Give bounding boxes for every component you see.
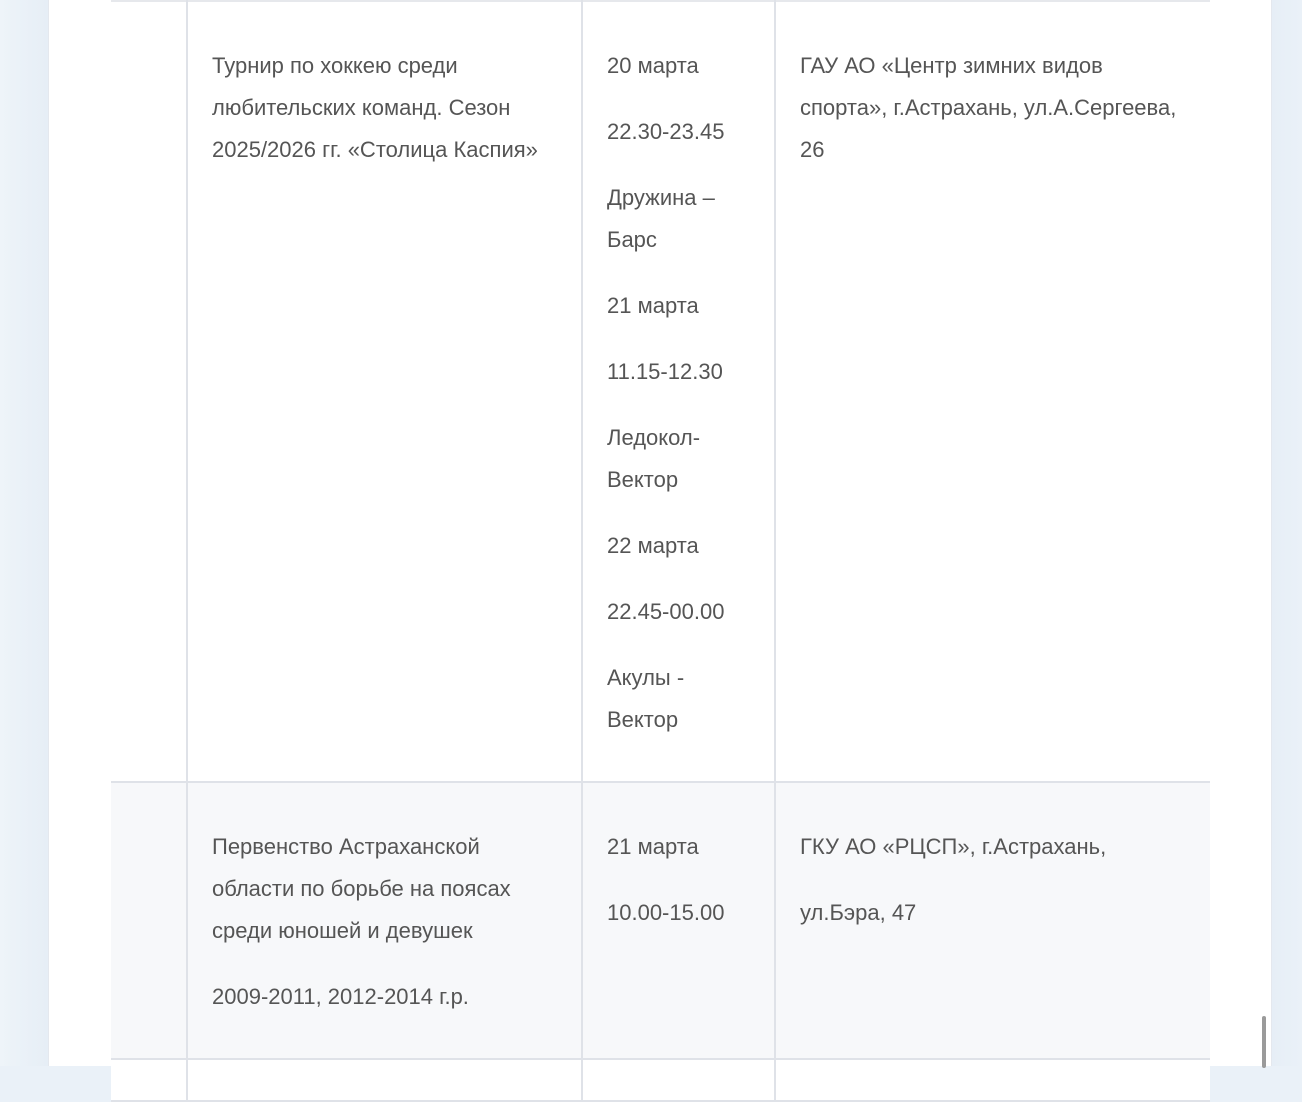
table-row: Первенство Астраханской области по борьб…: [111, 782, 1210, 1059]
scrollbar-thumb[interactable]: [1262, 1016, 1266, 1066]
event-cell: Турнир по хоккею среди любительских кома…: [187, 1, 582, 782]
time: 10.00-15.00: [607, 892, 750, 934]
date: 20 марта: [607, 45, 750, 87]
event-title: Турнир по хоккею среди любительских кома…: [212, 45, 557, 171]
table-row: Турнир по хоккею среди любительских кома…: [111, 1, 1210, 782]
time: 22.45-00.00: [607, 591, 750, 633]
time: 22.30-23.45: [607, 111, 750, 153]
date-time-cell: 20 марта 22.30-23.45 Дружина – Барс 21 м…: [582, 1, 775, 782]
date: 21 марта: [607, 285, 750, 327]
schedule-table: Турнир по хоккею среди любительских кома…: [111, 0, 1210, 1066]
venue-cell: [775, 1059, 1210, 1066]
match: Ледокол-Вектор: [607, 417, 750, 501]
event-title: Первенство Астраханской области по борьб…: [212, 826, 557, 952]
venue-street: ул.Бэра, 47: [800, 892, 1186, 934]
date: 21 марта: [607, 826, 750, 868]
event-age-groups: 2009-2011, 2012-2014 г.р.: [212, 976, 557, 1018]
venue-address: ГАУ АО «Центр зимних видов спорта», г.Ас…: [800, 45, 1186, 171]
event-cell: [187, 1059, 582, 1066]
row-number-cell: [111, 782, 187, 1059]
match: Дружина – Барс: [607, 177, 750, 261]
date-time-cell: 21 марта 10.00-15.00: [582, 782, 775, 1059]
venue-name: ГКУ АО «РЦСП», г.Астрахань,: [800, 826, 1186, 868]
row-number-cell: [111, 1, 187, 782]
date-time-cell: [582, 1059, 775, 1066]
venue-cell: ГАУ АО «Центр зимних видов спорта», г.Ас…: [775, 1, 1210, 782]
time: 11.15-12.30: [607, 351, 750, 393]
table-row: [111, 1059, 1210, 1066]
row-number-cell: [111, 1059, 187, 1066]
schedule-table-wrapper: Турнир по хоккею среди любительских кома…: [111, 0, 1210, 1066]
venue-cell: ГКУ АО «РЦСП», г.Астрахань, ул.Бэра, 47: [775, 782, 1210, 1059]
scrollbar-track[interactable]: [1254, 0, 1268, 1066]
content-card: Турнир по хоккею среди любительских кома…: [48, 0, 1272, 1066]
match: Акулы - Вектор: [607, 657, 750, 741]
event-cell: Первенство Астраханской области по борьб…: [187, 782, 582, 1059]
date: 22 марта: [607, 525, 750, 567]
